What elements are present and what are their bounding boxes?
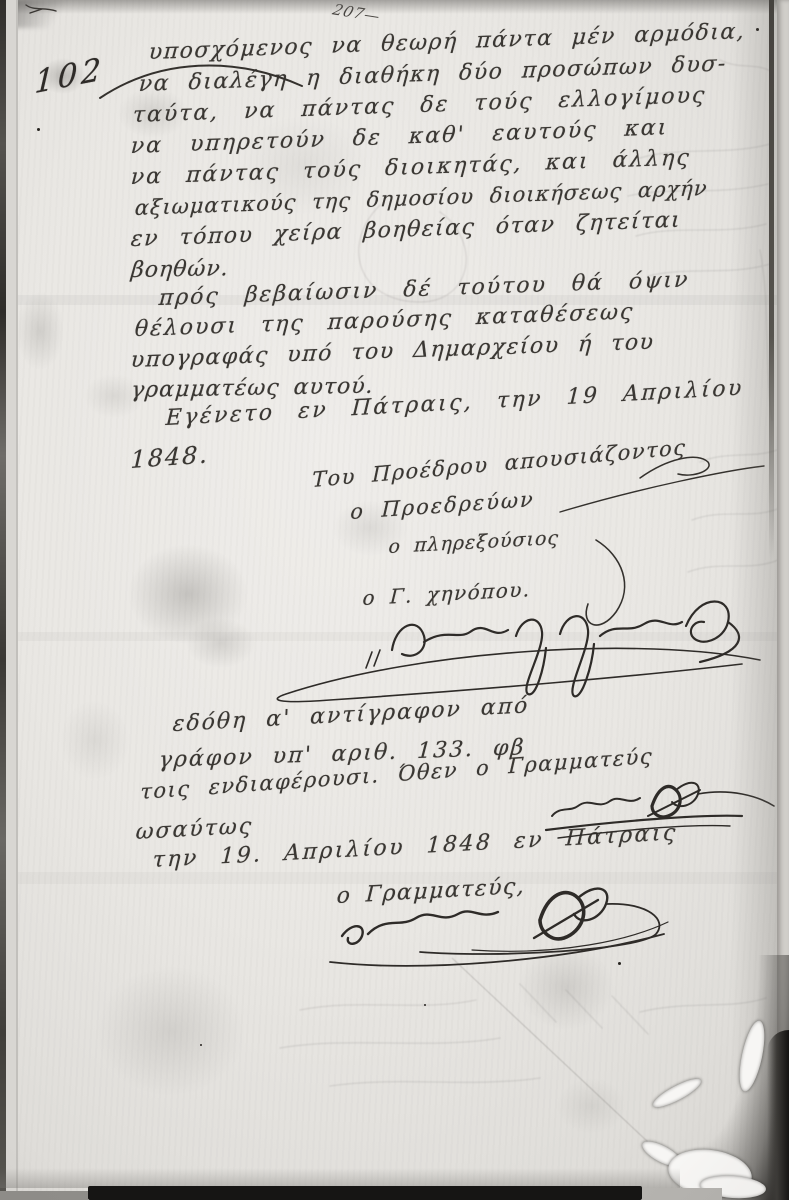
bottom-shadow	[0, 1168, 680, 1188]
paper-stain	[96, 966, 246, 1096]
ink-speck	[756, 28, 759, 31]
ink-speck	[618, 962, 621, 965]
paper-stain	[186, 618, 256, 668]
manuscript-line: βοηθών.	[130, 256, 230, 283]
manuscript-line: ο Γ. χηνόπου.	[362, 577, 532, 610]
ink-speck	[200, 1044, 202, 1046]
manuscript-line: 1848.	[130, 440, 210, 474]
manuscript-line: ο πληρεξούσιος	[388, 527, 560, 558]
page-right-edge-line	[769, 0, 774, 560]
manuscript-page: 102 207— υποσχόμενος να θεωρή πάντα μέν …	[0, 0, 789, 1200]
paper-stain	[518, 944, 614, 1030]
corner-dark-edge	[767, 1030, 789, 1200]
manuscript-line: ο Γραμματεύς,	[336, 874, 526, 909]
flourish	[560, 466, 764, 512]
paper-stain	[16, 292, 64, 370]
ink-speck	[37, 128, 40, 131]
paper-stain	[60, 700, 130, 780]
manuscript-line: ο Προεδρεύων	[350, 487, 535, 524]
paper-stain	[128, 544, 248, 644]
paper-stain	[556, 1078, 626, 1134]
manuscript-line: εδόθη α' αντίγραφον από	[172, 693, 530, 737]
binding-line	[16, 0, 18, 1200]
scan-bottom-bar	[88, 1186, 642, 1200]
page-top-edge	[0, 0, 789, 14]
binding-margin	[6, 0, 16, 1200]
manuscript-line: ωσαύτως	[135, 814, 254, 845]
ink-speck	[424, 1004, 426, 1006]
scan-streak	[0, 632, 789, 641]
manuscript-line: Του Προέδρου απουσιάζοντος	[312, 435, 687, 492]
folio-number: 102	[34, 51, 106, 102]
signature-presiding-member	[277, 602, 760, 702]
scan-bottom-right	[642, 1188, 722, 1200]
scan-bottom-left	[0, 1191, 88, 1200]
flourish	[586, 540, 624, 625]
